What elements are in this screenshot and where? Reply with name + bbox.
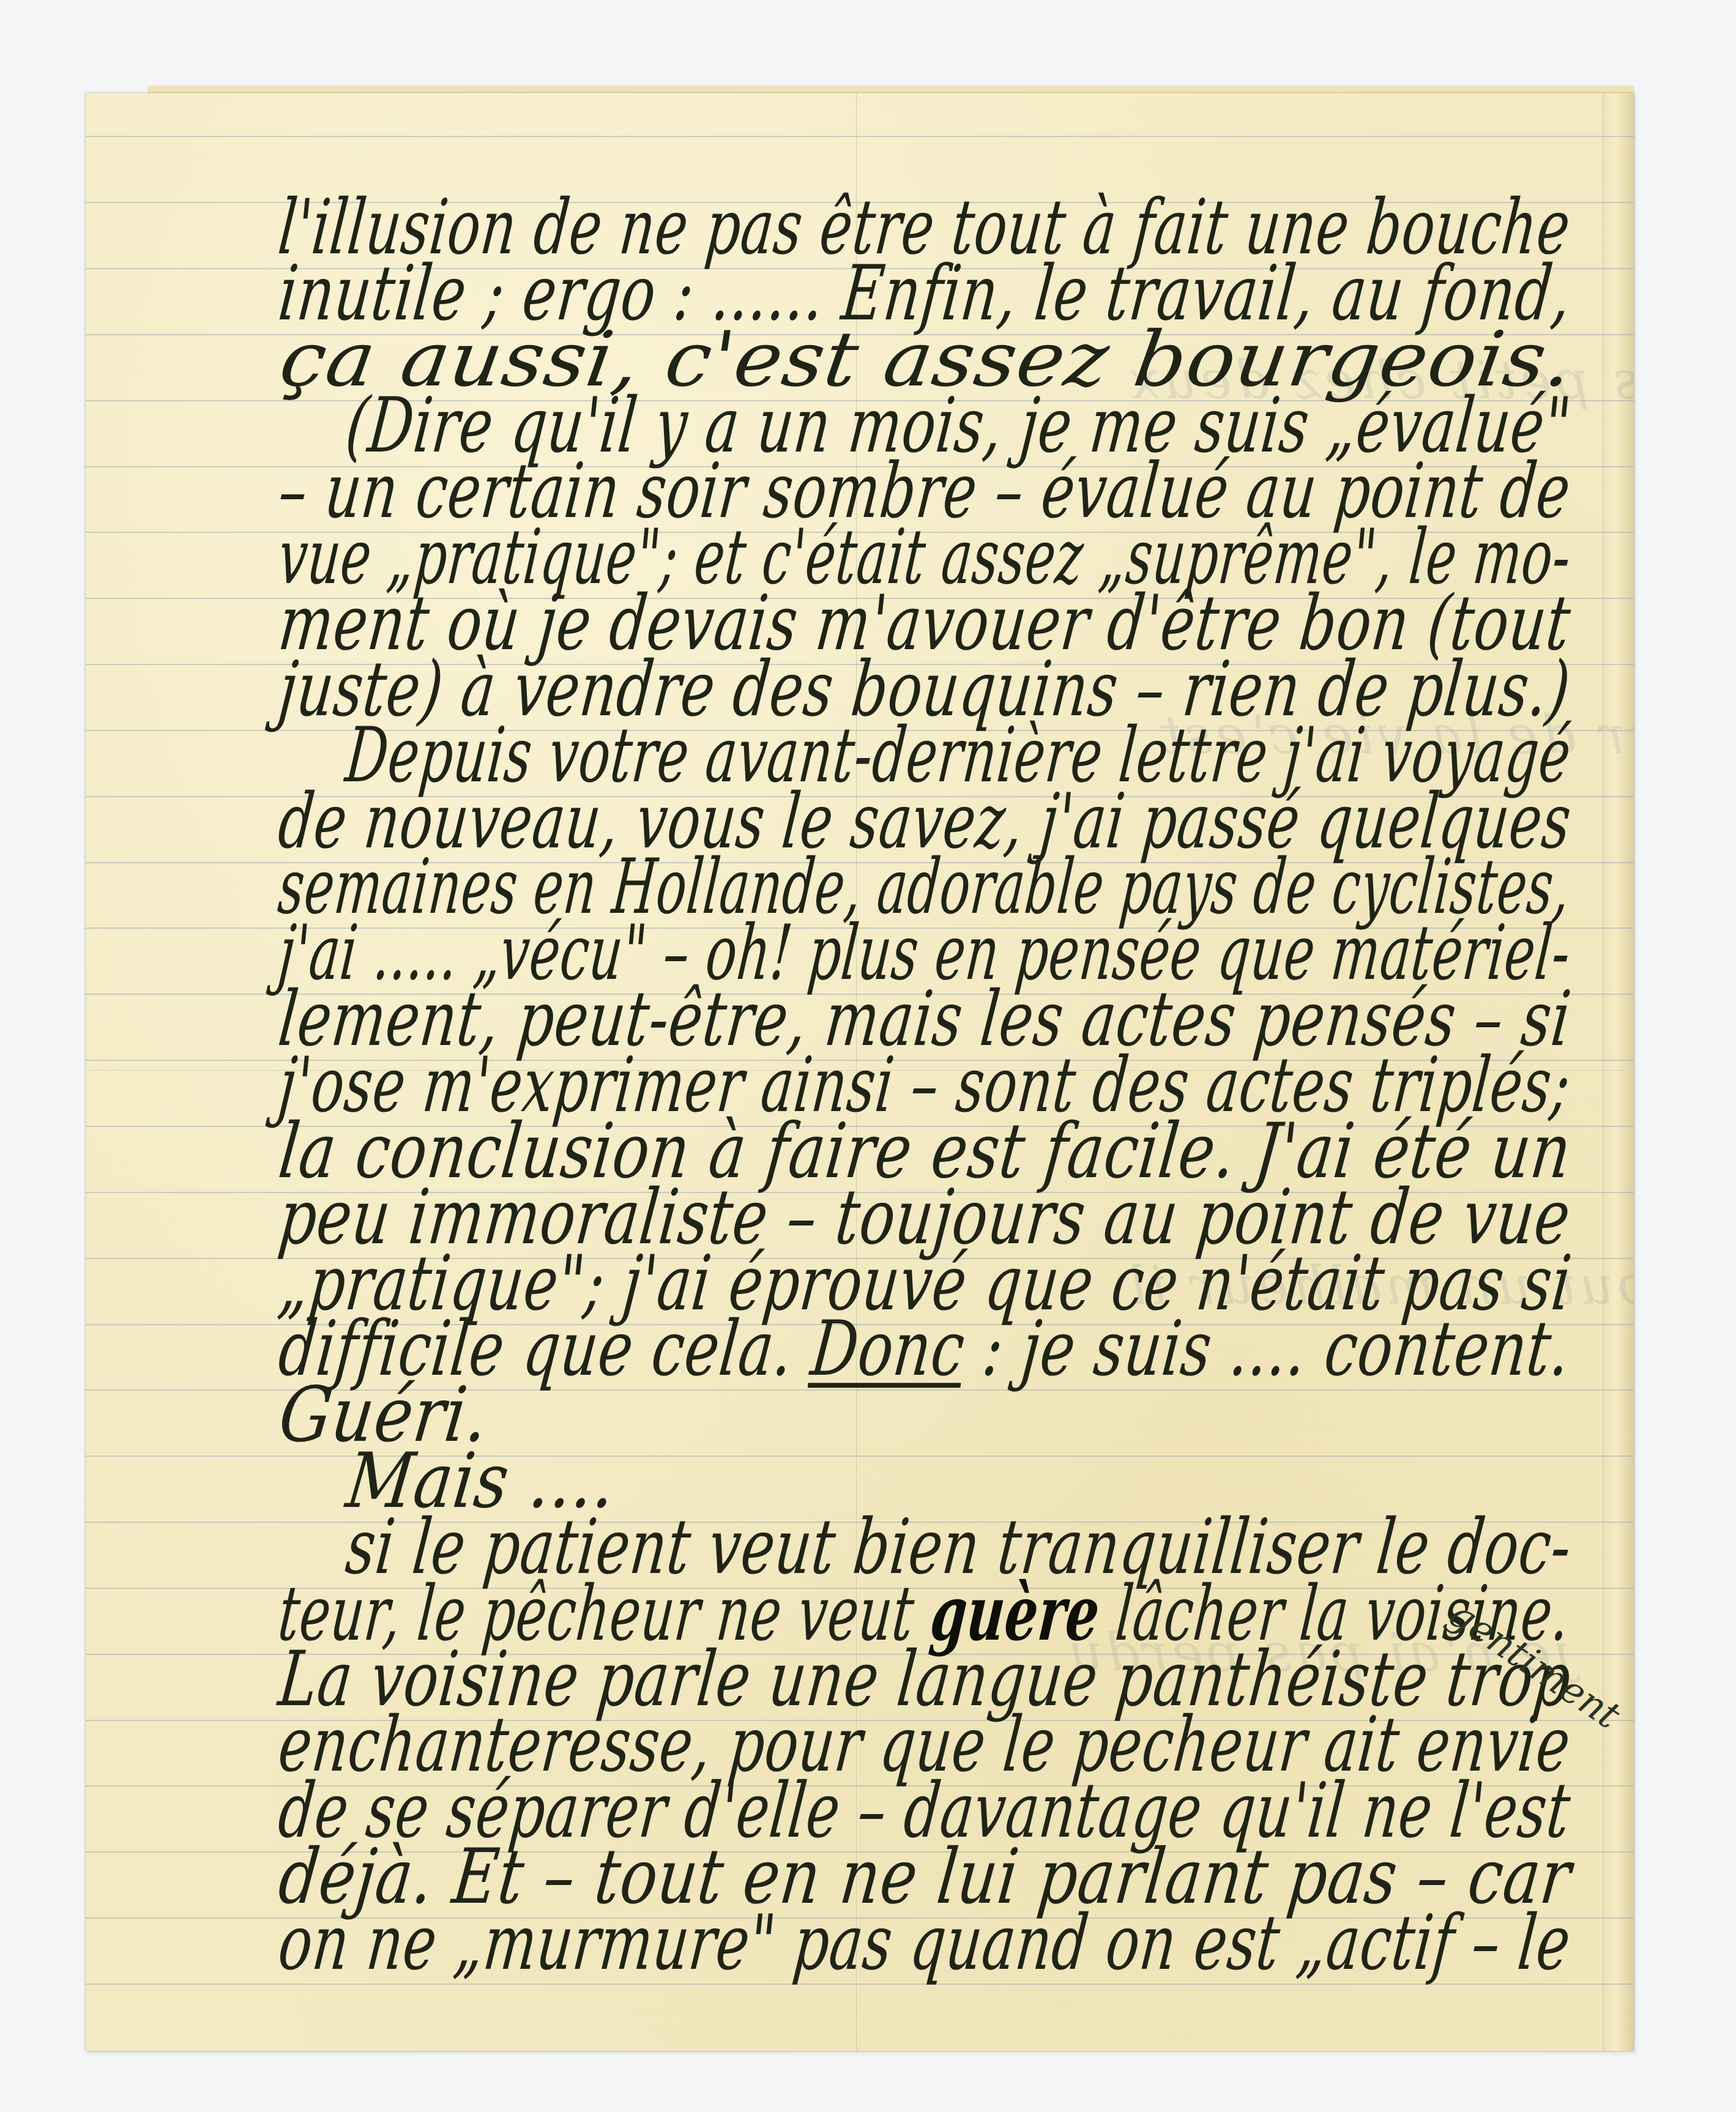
handwritten-line: on ne „murmure" pas quand on est „actif …	[275, 1905, 1574, 1981]
line-segment: : je suis .... content.	[960, 1304, 1575, 1393]
underlined-word: Donc	[807, 1304, 969, 1393]
ruled-line	[86, 136, 1634, 137]
